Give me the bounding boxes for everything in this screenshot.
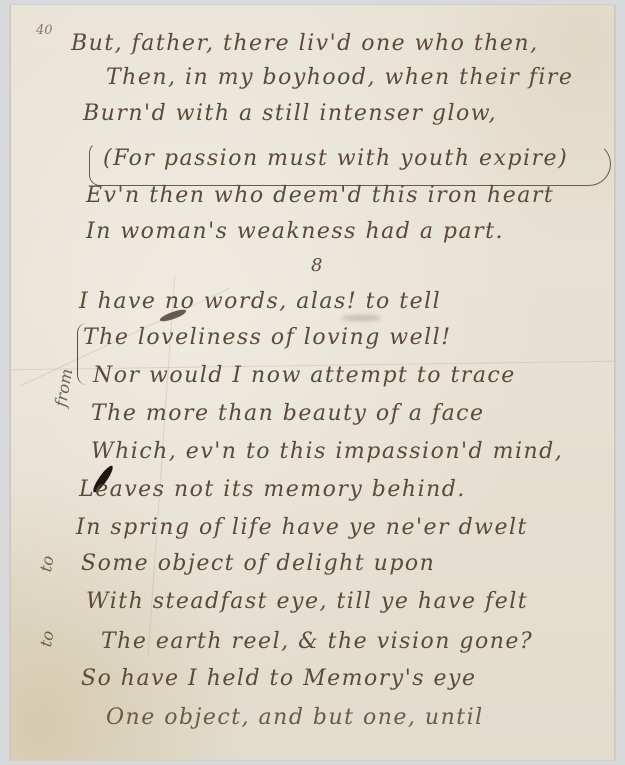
manuscript-line-10: The more than beauty of a face xyxy=(91,403,485,425)
manuscript-line-7: I have no words, alas! to tell xyxy=(79,291,441,313)
manuscript-line-16: The earth reel, & the vision gone? xyxy=(101,631,533,653)
margin-annotation: from xyxy=(51,367,76,408)
manuscript-line-2: Then, in my boyhood, when their fire xyxy=(106,67,573,89)
manuscript-line-11: Which, ev'n to this impassion'd mind, xyxy=(91,441,563,463)
margin-annotation: to xyxy=(36,629,58,648)
manuscript-page: 40 But, father, there liv'd one who then… xyxy=(10,5,615,760)
manuscript-line-6: In woman's weakness had a part. xyxy=(86,221,504,243)
stanza-number: 8 xyxy=(311,255,322,276)
manuscript-line-15: With steadfast eye, till ye have felt xyxy=(86,591,528,613)
page-number: 40 xyxy=(36,23,53,38)
manuscript-line-13: In spring of life have ye ne'er dwelt xyxy=(76,517,528,539)
manuscript-line-14: Some object of delight upon xyxy=(81,553,435,575)
manuscript-line-4: (For passion must with youth expire) xyxy=(103,148,568,170)
margin-annotation: to xyxy=(36,554,58,573)
manuscript-line-5: Ev'n then who deem'd this iron heart xyxy=(86,185,554,207)
manuscript-line-3: Burn'd with a still intenser glow, xyxy=(83,103,497,125)
scan-background: 40 But, father, there liv'd one who then… xyxy=(0,0,625,765)
manuscript-line-8: The loveliness of loving well! xyxy=(83,327,452,349)
manuscript-line-12: Leaves not its memory behind. xyxy=(79,479,466,501)
manuscript-line-1: But, father, there liv'd one who then, xyxy=(71,33,539,55)
manuscript-line-17: So have I held to Memory's eye xyxy=(81,668,477,690)
manuscript-line-9: Nor would I now attempt to trace xyxy=(93,365,516,387)
smudge xyxy=(341,315,381,321)
manuscript-line-18: One object, and but one, until xyxy=(106,707,484,729)
